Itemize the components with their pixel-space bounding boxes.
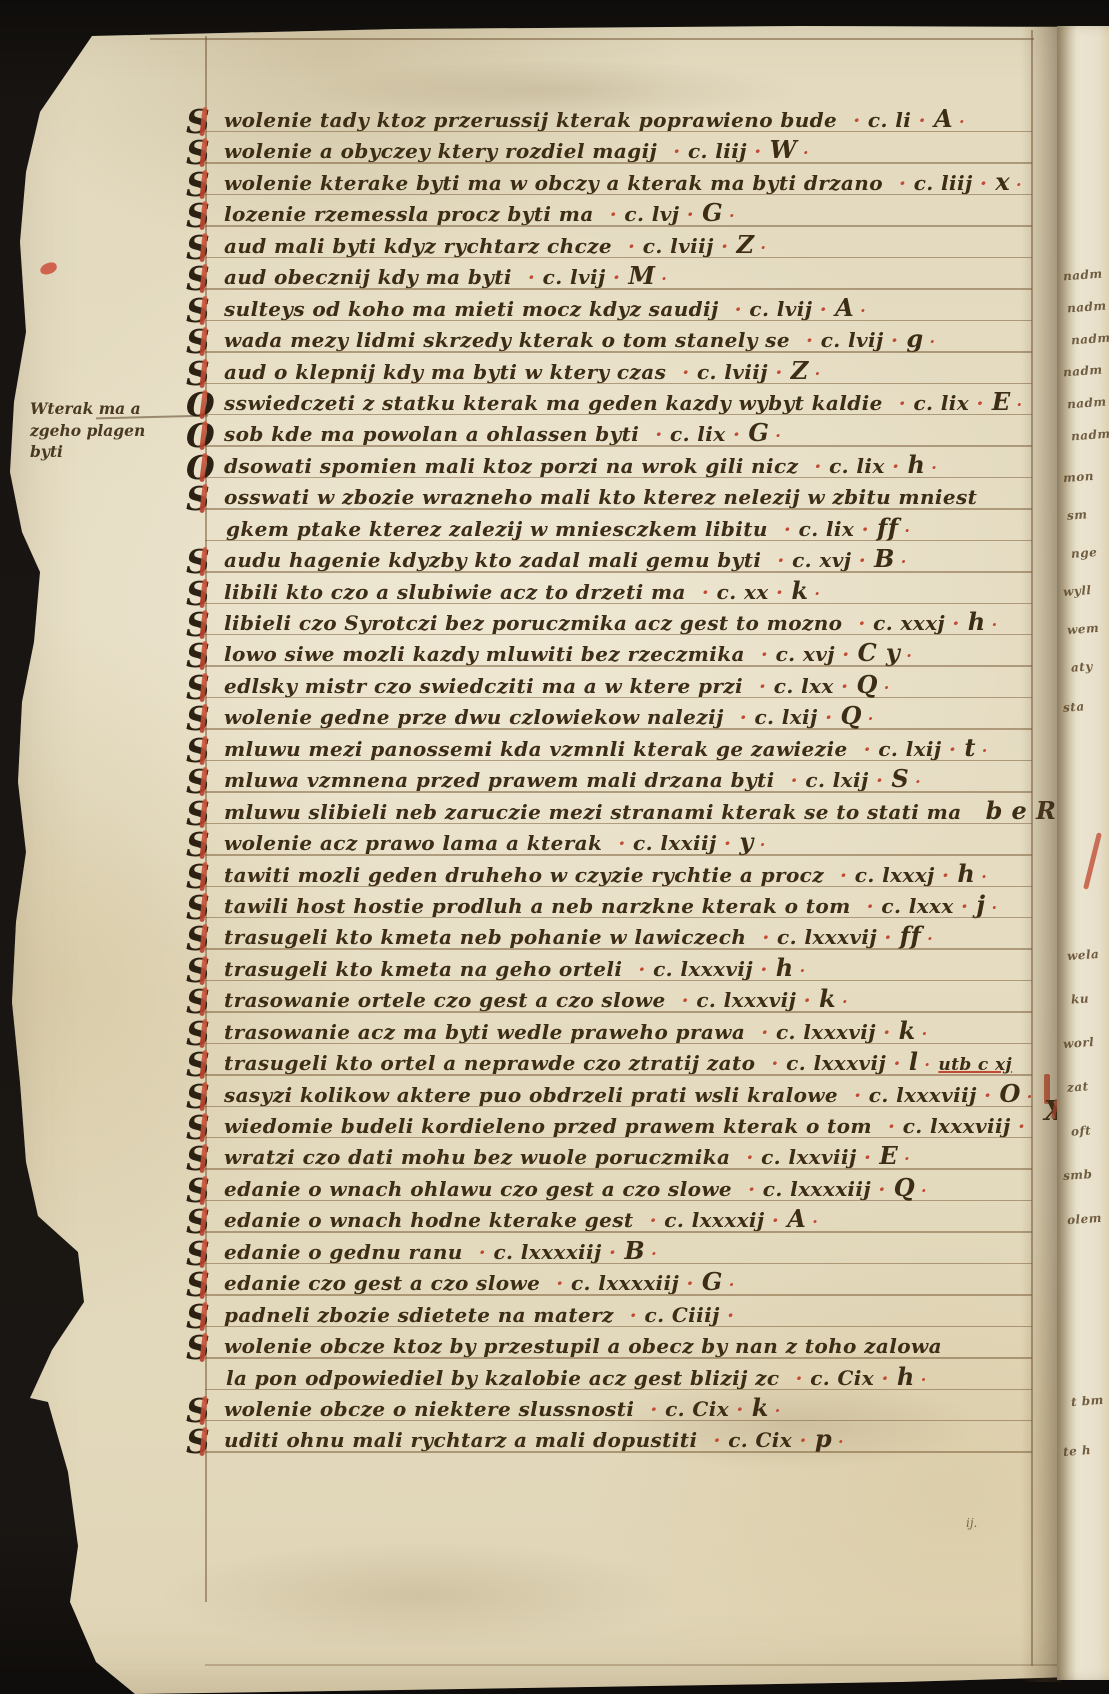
entry-initial-letter: S xyxy=(186,1209,224,1235)
entry-initial-letter: S xyxy=(186,832,224,858)
index-entry: Swolenie obcze ktoz by przestupil a obec… xyxy=(186,1330,1034,1361)
entry-chapter-ref: c. lxxxvij xyxy=(771,1051,900,1075)
index-entry: Ssasyzi kolikow aktere puo obdrzeli prat… xyxy=(186,1079,1034,1110)
entry-letter-mark: A xyxy=(835,293,866,322)
entry-text: edanie o wnach ohlawu czo gest a czo slo… xyxy=(224,1177,732,1201)
entry-letter-mark: M xyxy=(628,261,667,290)
entry-chapter-ref: c. lix xyxy=(784,517,869,541)
index-entry: Odsowati spomien mali ktoz porzi na wrok… xyxy=(186,450,1034,481)
entry-text: aud mali byti kdyz rychtarz chcze xyxy=(224,234,612,258)
index-entry: Swolenie gedne prze dwu czlowiekow nalez… xyxy=(186,701,1034,732)
entry-text: wratzi czo dati mohu bez wuole poruczmik… xyxy=(224,1145,730,1169)
entry-letter-mark: C y xyxy=(858,638,913,667)
entry-chapter-ref: c. lxxiij xyxy=(618,831,731,855)
entry-letter-mark: B xyxy=(874,544,907,573)
index-entry: Stawili host hostie prodluh a neb narzkn… xyxy=(186,890,1034,921)
entry-initial-letter: S xyxy=(186,612,224,638)
next-folio-text-fragment: nadm xyxy=(1071,427,1109,444)
entry-text: tawiti mozli geden druheho w czyzie rych… xyxy=(224,863,824,887)
entry-letter-mark: h xyxy=(776,953,806,982)
entry-chapter-ref: c. lviij xyxy=(682,360,782,384)
entry-initial-letter: S xyxy=(186,769,224,795)
next-folio-text-fragment: smb xyxy=(1063,1167,1093,1183)
entry-chapter-ref: c. lvij xyxy=(528,265,620,289)
entry-initial-letter: O xyxy=(186,455,224,481)
index-entry: Strasowanie ortele czo gest a czo slowec… xyxy=(186,984,1034,1015)
entry-text: libili kto czo a slubiwie acz to drzeti … xyxy=(224,580,686,604)
index-entry: Osob kde ma powolan a ohlassen bytic. li… xyxy=(186,418,1034,449)
entry-initial-letter: S xyxy=(186,1084,224,1110)
entry-initial-letter: S xyxy=(186,864,224,890)
entry-initial-letter: S xyxy=(186,109,224,135)
entry-initial-letter: S xyxy=(186,361,224,387)
entry-letter-mark: l xyxy=(909,1047,930,1076)
entry-text: wolenie tady ktoz przerussij kterak popr… xyxy=(224,108,837,132)
entry-text: mluwu slibieli neb zaruczie mezi stranam… xyxy=(224,800,962,824)
entry-letter-mark: Q xyxy=(894,1173,927,1202)
entry-initial-letter: S xyxy=(186,958,224,984)
entry-initial-letter: S xyxy=(186,235,224,261)
entry-initial-letter: S xyxy=(186,1178,224,1204)
entry-text: aud o klepnij kdy ma byti w ktery czas xyxy=(224,360,666,384)
index-entry: Saud o klepnij kdy ma byti w ktery czasc… xyxy=(186,356,1034,387)
entry-chapter-ref: c. lvij xyxy=(735,297,827,321)
entry-initial-letter: S xyxy=(186,172,224,198)
entry-letter-mark: j xyxy=(976,890,997,919)
entry-initial-letter: S xyxy=(186,1429,224,1455)
entry-text: tawili host hostie prodluh a neb narzkne… xyxy=(224,894,851,918)
index-entry: Sedanie czo gest a czo slowec. lxxxxiijG xyxy=(186,1267,1034,1298)
entry-text: wolenie obcze o niektere slussnosti xyxy=(224,1397,634,1421)
entry-initial-letter: S xyxy=(186,140,224,166)
entry-letter-mark: Z xyxy=(791,356,821,385)
entry-initial-letter: S xyxy=(186,1398,224,1424)
entry-chapter-ref: c. lvij xyxy=(806,328,898,352)
entry-text: dsowati spomien mali ktoz porzi na wrok … xyxy=(224,454,798,478)
next-folio-text-fragment: wem xyxy=(1067,621,1100,637)
entry-initial-letter: S xyxy=(186,1241,224,1267)
next-folio-text-fragment: sta xyxy=(1063,699,1086,714)
entry-chapter-ref: c. lxxxviij xyxy=(888,1114,1025,1138)
entry-initial-letter: S xyxy=(186,989,224,1015)
entry-extra-note: utb c xj xyxy=(938,1055,1012,1075)
entry-chapter-ref: c. Cix xyxy=(795,1366,888,1390)
red-ink-blot xyxy=(39,261,58,276)
next-folio-text-fragment: nadm xyxy=(1067,395,1107,412)
next-folio-red-stroke xyxy=(1083,832,1102,889)
index-entry: Sosswati w zbozie wrazneho mali kto kter… xyxy=(186,481,1034,512)
entry-chapter-ref: c. lvj xyxy=(610,202,694,226)
next-folio-text-fragment: nadm xyxy=(1071,331,1109,348)
entry-chapter-ref: c. lix xyxy=(899,391,984,415)
entry-letter-mark: k xyxy=(791,576,820,605)
entry-initial-letter: S xyxy=(186,1052,224,1078)
index-entry: Swiedomie budeli kordieleno przed prawem… xyxy=(186,1110,1034,1141)
entry-chapter-ref: c. lviij xyxy=(628,234,728,258)
entry-text: trasowanie ortele czo gest a czo slowe xyxy=(224,988,666,1012)
entry-text: mluwu mezi panossemi kda vzmnli kterak g… xyxy=(224,737,848,761)
entry-chapter-ref: c. xxxj xyxy=(858,611,959,635)
entry-letter-mark: A xyxy=(934,104,965,133)
entry-chapter-ref: c. lxxxxij xyxy=(650,1208,780,1232)
index-entry: Osswiedczeti z statku kterak ma geden ka… xyxy=(186,387,1034,418)
next-folio-edge: nadmnadmnadmnadmnadmnadmmonsmngewyllwema… xyxy=(1057,26,1109,1680)
next-folio-text-fragment: t bm xyxy=(1071,1393,1105,1409)
bottom-margin-mark: ij. xyxy=(966,1516,977,1530)
manuscript-photo: ſ: Wterak ma azgeho plagenbyti Swolenie … xyxy=(0,0,1109,1694)
index-entry: Strasugeli kto kmeta na geho ortelic. lx… xyxy=(186,953,1034,984)
entry-chapter-ref: c. Cix xyxy=(713,1428,806,1452)
entry-initial-letter: S xyxy=(186,706,224,732)
entry-text: osswati w zbozie wrazneho mali kto ktere… xyxy=(224,485,977,509)
entry-text: wolenie kterake byti ma w obczy a kterak… xyxy=(224,171,883,195)
entry-text: wolenie a obyczey ktery rozdiel magij xyxy=(224,139,657,163)
entry-chapter-ref: c. lxxxxiij xyxy=(479,1240,617,1264)
index-entry: Smluwu slibieli neb zaruczie mezi strana… xyxy=(186,796,1034,827)
entry-chapter-ref: c. lxx xyxy=(759,674,848,698)
entry-text: sswiedczeti z statku kterak ma geden kaz… xyxy=(224,391,883,415)
entry-letter-mark: Q xyxy=(856,670,889,699)
entry-initial-letter: S xyxy=(186,486,224,512)
entry-initial-letter: S xyxy=(186,266,224,292)
entry-letter-mark: G xyxy=(702,198,735,227)
next-folio-text-fragment: nadm xyxy=(1063,363,1103,380)
entry-chapter-ref: c. Cix xyxy=(650,1397,743,1421)
entry-text: mluwa vzmnena przed prawem mali drzana b… xyxy=(224,768,775,792)
next-folio-text-fragment: mon xyxy=(1063,469,1095,485)
index-entry: Suditi ohnu mali rychtarz a mali dopusti… xyxy=(186,1424,1034,1455)
entry-letter-mark: ff xyxy=(900,921,933,950)
index-entry: Sedanie o gednu ranuc. lxxxxiijB xyxy=(186,1236,1034,1267)
entry-text: wolenie gedne prze dwu czlowiekow nalezi… xyxy=(224,705,724,729)
entry-initial-letter: S xyxy=(186,801,224,827)
entry-initial-letter: S xyxy=(186,329,224,355)
entry-letter-mark: y xyxy=(739,827,765,856)
entry-text: aud obecznij kdy ma byti xyxy=(224,265,512,289)
entry-letter-mark: k xyxy=(752,1393,781,1422)
entry-chapter-ref: c. li xyxy=(853,108,926,132)
entry-chapter-ref: c. lix xyxy=(655,422,740,446)
entry-letter-mark: B xyxy=(624,1236,657,1265)
entry-text: uditi ohnu mali rychtarz a mali dopustit… xyxy=(224,1428,697,1452)
index-entry: Stawiti mozli geden druheho w czyzie ryc… xyxy=(186,859,1034,890)
index-entry: Swolenie obcze o niektere slussnostic. C… xyxy=(186,1393,1034,1424)
entry-chapter-ref: c. lxxxvij xyxy=(761,1020,890,1044)
entry-letter-mark: h xyxy=(897,1362,927,1391)
next-folio-text-fragment: zat xyxy=(1067,1079,1090,1094)
entry-text: audu hagenie kdyzby kto zadal mali gemu … xyxy=(224,548,761,572)
entry-chapter-ref: c. liij xyxy=(673,139,761,163)
next-folio-text-fragment: te h xyxy=(1063,1443,1092,1459)
entry-letter-mark: S xyxy=(891,764,921,793)
page-gutter-shadow xyxy=(1021,26,1061,1682)
entry-text: trasugeli kto kmeta na geho orteli xyxy=(224,957,622,981)
index-entry: Slozenie rzemessla procz byti mac. lvjG xyxy=(186,198,1034,229)
entry-text: sob kde ma powolan a ohlassen byti xyxy=(224,422,639,446)
index-entry: Strasugeli kto ortel a neprawde czo ztra… xyxy=(186,1047,1034,1078)
index-entry: Strasowanie acz ma byti wedle praweho pr… xyxy=(186,1016,1034,1047)
entry-text: trasowanie acz ma byti wedle praweho pra… xyxy=(224,1020,745,1044)
index-entry: Ssulteys od koho ma mieti mocz kdyz saud… xyxy=(186,293,1034,324)
bottom-ruling-line xyxy=(205,1664,1065,1666)
next-folio-text-fragment: oft xyxy=(1071,1123,1092,1138)
entry-text: wolenie obcze ktoz by przestupil a obecz… xyxy=(224,1334,942,1358)
entry-letter-mark: W xyxy=(770,135,809,164)
entry-text: edanie o wnach hodne kterake gest xyxy=(224,1208,634,1232)
entry-letter-mark: ff xyxy=(877,513,910,542)
next-folio-text-fragment: wela xyxy=(1067,947,1100,963)
index-entry: Slibili kto czo a slubiwie acz to drzeti… xyxy=(186,576,1034,607)
index-entry: gkem ptake kterez zalezij w mniesczkem l… xyxy=(186,513,1034,544)
entry-text: edanie czo gest a czo slowe xyxy=(224,1271,540,1295)
entry-letter-mark: t xyxy=(964,733,987,762)
entry-initial-letter: S xyxy=(186,203,224,229)
entry-text: edanie o gednu ranu xyxy=(224,1240,463,1264)
entry-initial-letter: S xyxy=(186,549,224,575)
entry-letter-mark: h xyxy=(968,607,998,636)
entry-text: sasyzi kolikow aktere puo obdrzeli prati… xyxy=(224,1083,838,1107)
entry-letter-mark: Z xyxy=(736,230,766,259)
margin-note-line: byti xyxy=(30,441,190,463)
entry-initial-letter: S xyxy=(186,1304,224,1330)
entry-letter-mark: p xyxy=(815,1424,844,1453)
next-folio-text-fragment: sm xyxy=(1067,507,1088,522)
entry-chapter-ref: c. lxij xyxy=(740,705,833,729)
next-folio-text-fragment: wyll xyxy=(1063,583,1092,599)
entry-initial-letter: S xyxy=(186,581,224,607)
next-folio-text-fragment: nadm xyxy=(1067,299,1107,316)
entry-letter-mark: g xyxy=(906,324,935,353)
index-entry: Slowo siwe mozli kazdy mluwiti bez rzecz… xyxy=(186,638,1034,669)
entry-text: libieli czo Syrotczi bez poruczmika acz … xyxy=(224,611,842,635)
index-entry: la pon odpowiediel by kzalobie acz gest … xyxy=(186,1362,1034,1393)
entry-letter-mark: E xyxy=(879,1141,910,1170)
entry-chapter-ref: c. Ciiij xyxy=(630,1303,735,1327)
entry-initial-letter: S xyxy=(186,1021,224,1047)
index-entry: Strasugeli kto kmeta neb pohanie w lawic… xyxy=(186,921,1034,952)
index-text-block: Swolenie tady ktoz przerussij kterak pop… xyxy=(186,104,1034,1456)
entry-initial-letter: S xyxy=(186,298,224,324)
entry-initial-letter: S xyxy=(186,1115,224,1141)
entry-chapter-ref: c. lxxxvij xyxy=(682,988,811,1012)
index-entry: Smluwa vzmnena przed prawem mali drzana … xyxy=(186,764,1034,795)
entry-letter-mark: E xyxy=(992,387,1023,416)
index-entry: Saud obecznij kdy ma bytic. lvijM xyxy=(186,261,1034,292)
index-entry: Swolenie kterake byti ma w obczy a ktera… xyxy=(186,167,1034,198)
entry-chapter-ref: c. xvj xyxy=(761,642,850,666)
entry-initial-letter: S xyxy=(186,1272,224,1298)
entry-text: wolenie acz prawo lama a kterak xyxy=(224,831,602,855)
entry-text: wada mezy lidmi skrzedy kterak o tom sta… xyxy=(224,328,790,352)
entry-text: trasugeli kto kmeta neb pohanie w lawicz… xyxy=(224,925,746,949)
index-entry: Smluwu mezi panossemi kda vzmnli kterak … xyxy=(186,733,1034,764)
index-entry: Swada mezy lidmi skrzedy kterak o tom st… xyxy=(186,324,1034,355)
entry-letter-mark: G xyxy=(702,1267,735,1296)
entry-chapter-ref: c. lxij xyxy=(864,737,957,761)
entry-initial-letter: S xyxy=(186,738,224,764)
entry-initial-letter: O xyxy=(186,423,224,449)
entry-text: gkem ptake kterez zalezij w mniesczkem l… xyxy=(226,517,768,541)
index-entry: Sedanie o wnach hodne kterake gestc. lxx… xyxy=(186,1204,1034,1235)
entry-text: padneli zbozie sdietete na materz xyxy=(224,1303,614,1327)
index-entry: Saud mali byti kdyz rychtarz chczec. lvi… xyxy=(186,230,1034,261)
index-entry: Sedanie o wnach ohlawu czo gest a czo sl… xyxy=(186,1173,1034,1204)
index-entry: Swolenie tady ktoz przerussij kterak pop… xyxy=(186,104,1034,135)
entry-initial-letter: S xyxy=(186,675,224,701)
entry-initial-letter: S xyxy=(186,1335,224,1361)
entry-text: la pon odpowiediel by kzalobie acz gest … xyxy=(226,1366,779,1390)
entry-initial-letter: S xyxy=(186,643,224,669)
entry-letter-mark: h xyxy=(907,450,937,479)
entry-text: trasugeli kto ortel a neprawde czo ztrat… xyxy=(224,1051,755,1075)
entry-chapter-ref: c. lxxxj xyxy=(840,863,949,887)
index-entry: Saudu hagenie kdyzby kto zadal mali gemu… xyxy=(186,544,1034,575)
next-folio-text-fragment: nge xyxy=(1071,545,1098,561)
entry-letter-mark: k xyxy=(819,984,848,1013)
entry-chapter-ref: c. lxxxxiij xyxy=(556,1271,694,1295)
left-margin-squiggle-mark: ſ: xyxy=(10,157,29,181)
verso-bleed-through xyxy=(160,1540,680,1650)
entry-chapter-ref: c. liij xyxy=(899,171,987,195)
entry-text: lowo siwe mozli kazdy mluwiti bez rzeczm… xyxy=(224,642,745,666)
index-entry: Spadneli zbozie sdietete na materzc. Cii… xyxy=(186,1299,1034,1330)
next-folio-text-fragment: nadm xyxy=(1063,267,1103,284)
entry-text: wiedomie budeli kordieleno przed prawem … xyxy=(224,1114,872,1138)
margin-note: Wterak ma azgeho plagenbyti xyxy=(30,398,190,463)
entry-chapter-ref: c. lix xyxy=(814,454,899,478)
index-entry: Swolenie acz prawo lama a kterakc. lxxii… xyxy=(186,827,1034,858)
entry-text: lozenie rzemessla procz byti ma xyxy=(224,202,594,226)
index-entry: Slibieli czo Syrotczi bez poruczmika acz… xyxy=(186,607,1034,638)
entry-letter-mark: G xyxy=(748,418,781,447)
entry-chapter-ref: c. lxxxvij xyxy=(638,957,767,981)
entry-letter-mark: x xyxy=(995,167,1022,196)
entry-chapter-ref: c. xx xyxy=(702,580,783,604)
entry-chapter-ref: c. lxxviij xyxy=(746,1145,871,1169)
next-folio-text-fragment: olem xyxy=(1067,1211,1103,1227)
entry-chapter-ref: c. lxxxviij xyxy=(854,1083,991,1107)
entry-letter-mark: Q xyxy=(840,701,873,730)
entry-initial-letter: O xyxy=(186,392,224,418)
entry-text: sulteys od koho ma mieti mocz kdyz saudi… xyxy=(224,297,719,321)
entry-chapter-ref: c. lxxx xyxy=(867,894,969,918)
entry-letter-mark: h xyxy=(957,859,987,888)
margin-note-line: zgeho plagen xyxy=(30,420,190,442)
entry-text: edlsky mistr czo swiedcziti ma a w ktere… xyxy=(224,674,743,698)
entry-chapter-ref: c. lxxxvij xyxy=(762,925,891,949)
entry-chapter-ref: c. lxxxxiij xyxy=(748,1177,886,1201)
index-entry: Sedlsky mistr czo swiedcziti ma a w kter… xyxy=(186,670,1034,701)
entry-chapter-ref: c. lxij xyxy=(791,768,884,792)
index-entry: Swolenie a obyczey ktery rozdiel magijc.… xyxy=(186,135,1034,166)
next-folio-text-fragment: ku xyxy=(1071,991,1090,1006)
entry-letter-mark: A xyxy=(787,1204,818,1233)
manuscript-page: ſ: Wterak ma azgeho plagenbyti Swolenie … xyxy=(0,0,1109,1694)
entry-letter-mark: k xyxy=(899,1016,928,1045)
next-folio-text-fragment: aty xyxy=(1071,659,1094,674)
next-folio-text-fragment: worl xyxy=(1063,1035,1095,1051)
entry-initial-letter: S xyxy=(186,1146,224,1172)
entry-chapter-ref: c. xvj xyxy=(777,548,866,572)
index-entry: Swratzi czo dati mohu bez wuole poruczmi… xyxy=(186,1141,1034,1172)
entry-initial-letter: S xyxy=(186,926,224,952)
top-ruling-line xyxy=(150,38,1034,40)
entry-initial-letter: S xyxy=(186,895,224,921)
